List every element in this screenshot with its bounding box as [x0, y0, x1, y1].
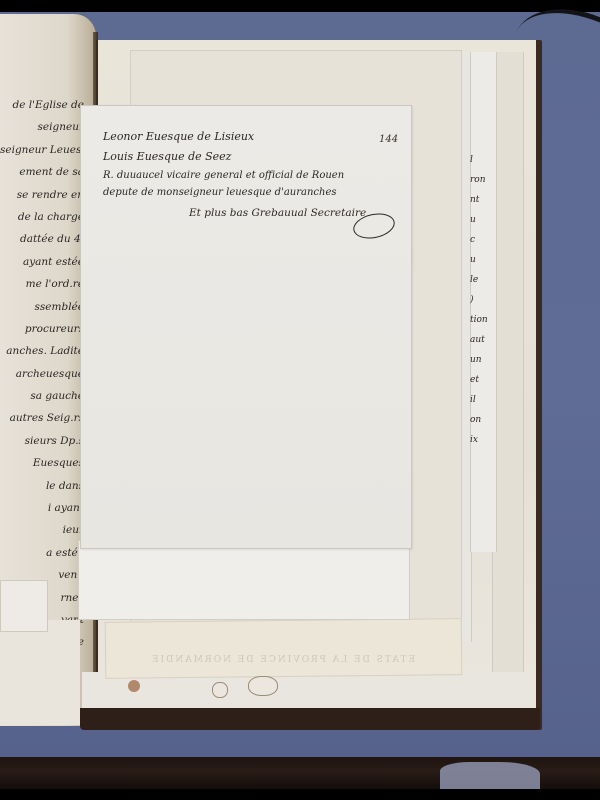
left-page-lower-edge: [0, 620, 80, 725]
cloth-fold: [440, 762, 540, 792]
left-line: ayant estée: [0, 251, 88, 273]
signature-line: depute de monseigneur leuesque d'auranch…: [103, 187, 337, 198]
strip-fragment: tion: [470, 310, 490, 330]
left-line: le dans: [0, 475, 88, 497]
left-line: archeuesque: [0, 363, 88, 385]
signature-line: R. duuaucel vicaire general et official …: [103, 170, 344, 181]
stain: [128, 680, 140, 692]
left-line: seigneur Leuesque: [0, 139, 88, 161]
bottom-black-bar: [0, 789, 600, 800]
strip-fragment: on: [470, 410, 490, 430]
strip-fragment: ): [470, 290, 490, 310]
signature-line: Leonor Euesque de Lisieux: [103, 130, 254, 143]
left-line: seigneur: [0, 116, 88, 138]
left-line: se rendre en: [0, 184, 88, 206]
signature-line: Louis Euesque de Seez: [103, 150, 231, 163]
left-line: ieur: [0, 519, 88, 541]
left-line: i ayant: [0, 497, 88, 519]
left-line: autres Seig.rs: [0, 407, 88, 429]
strip-text-fragments: l ron nt u c u le ) tion aut un et il on…: [470, 150, 490, 450]
left-inserted-slip: [0, 580, 48, 632]
manuscript-sheet: Leonor Euesque de Lisieux Louis Euesque …: [80, 105, 412, 549]
strip-fragment: et: [470, 370, 490, 390]
bottom-paper-strip: [105, 618, 463, 679]
strip-fragment: u: [470, 250, 490, 270]
paper-damage: [248, 676, 278, 696]
paper-damage: [212, 682, 228, 698]
left-line: a estée: [0, 542, 88, 564]
binding-bottom-edge: [80, 708, 540, 730]
strip-fragment: un: [470, 350, 490, 370]
strip-fragment: aut: [470, 330, 490, 350]
strip-fragment: l: [470, 150, 490, 170]
secretary-line: Et plus bas Grebauual Secretaire: [189, 207, 366, 219]
left-line: de l'Eglise de: [0, 94, 88, 116]
left-line: Euesques: [0, 452, 88, 474]
left-line: de la charge: [0, 206, 88, 228]
strip-fragment: u: [470, 210, 490, 230]
strip-fragment: nt: [470, 190, 490, 210]
left-line: dattée du 4.: [0, 228, 88, 250]
lower-sheet: [78, 540, 410, 620]
left-line: ssemblée: [0, 296, 88, 318]
left-line: sieurs Dp.s: [0, 430, 88, 452]
strip-fragment: c: [470, 230, 490, 250]
strip-fragment: il: [470, 390, 490, 410]
left-line: procureurs: [0, 318, 88, 340]
folio-number: 144: [379, 134, 398, 145]
strip-fragment: le: [470, 270, 490, 290]
strip-fragment: ix: [470, 430, 490, 450]
left-line: ement de sa: [0, 161, 88, 183]
left-page-text: de l'Eglise de seigneur seigneur Leuesqu…: [0, 94, 88, 654]
bleed-through-text: ETATS DE LA PROVINCE DE NORMANDIE: [150, 655, 415, 665]
left-line: sa gauche: [0, 385, 88, 407]
left-line: me l'ord.re: [0, 273, 88, 295]
strip-fragment: ron: [470, 170, 490, 190]
top-black-bar: [0, 0, 600, 12]
left-line: anches. Ladite: [0, 340, 88, 362]
